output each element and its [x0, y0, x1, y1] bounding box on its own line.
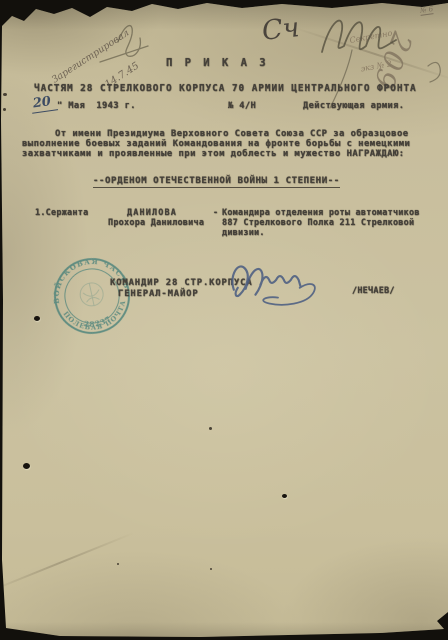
- scribble-tail: [330, 50, 352, 108]
- date-typed: " Мая 1943 г.: [57, 101, 136, 111]
- commander-title-line2: ГЕНЕРАЛ-МАЙОР: [118, 289, 199, 299]
- entry-desc-line3: дивизии.: [222, 227, 265, 237]
- paper-hole: [23, 463, 30, 469]
- registration-signature-scribble: [100, 26, 148, 62]
- paper-hole: [282, 494, 287, 498]
- preamble-line1: От имени Президиума Верховного Совета Со…: [55, 129, 409, 139]
- date-handwritten: 20: [30, 93, 58, 113]
- paper-speck: [209, 427, 212, 430]
- army-status: Действующая армия.: [303, 101, 404, 111]
- entry-desc-line1: Командира отделения роты автоматчиков: [222, 207, 420, 217]
- pencil-scribbles: [0, 0, 448, 140]
- paper-speck: [210, 568, 212, 570]
- entry-number-rank: 1.Сержанта: [35, 207, 88, 217]
- entry-name-patronymic: Прохора Даниловича: [108, 217, 204, 227]
- order-title: П Р И К А З: [166, 57, 269, 69]
- entry-desc-line2: 887 Стрелкового Полка 211 Стрелковой: [222, 217, 414, 227]
- entry-dash: -: [213, 207, 218, 217]
- paper-hole: [34, 316, 40, 321]
- preamble-line3: захватчиками и проявленные при этом добл…: [22, 149, 405, 159]
- paper-sheet: Зарегистрировал 14.7.45 Сч Секретно экз …: [0, 0, 448, 640]
- document-scan: Зарегистрировал 14.7.45 Сч Секретно экз …: [0, 0, 448, 640]
- stamp-emblem: [78, 281, 105, 308]
- edge-curl-scribble: [428, 62, 440, 82]
- award-heading: --ОРДЕНОМ ОТЕЧЕСТВЕННОЙ ВОЙНЫ 1 СТЕПЕНИ-…: [93, 176, 340, 188]
- paper-speck: [117, 563, 119, 565]
- commander-name: /НЕЧАЕВ/: [352, 285, 395, 295]
- order-number: № 4/Н: [228, 101, 256, 111]
- entry-surname: ДАНИЛОВА: [127, 207, 177, 217]
- preamble-line2: выполнение боевых заданий Командования н…: [22, 139, 410, 149]
- crease-bottom-left: [0, 532, 134, 594]
- commander-ink-signature: [226, 247, 334, 309]
- big-signature-scribble: [322, 21, 396, 52]
- order-subtitle: ЧАСТЯМ 28 СТРЕЛКОВОГО КОРПУСА 70 АРМИИ Ц…: [34, 83, 417, 94]
